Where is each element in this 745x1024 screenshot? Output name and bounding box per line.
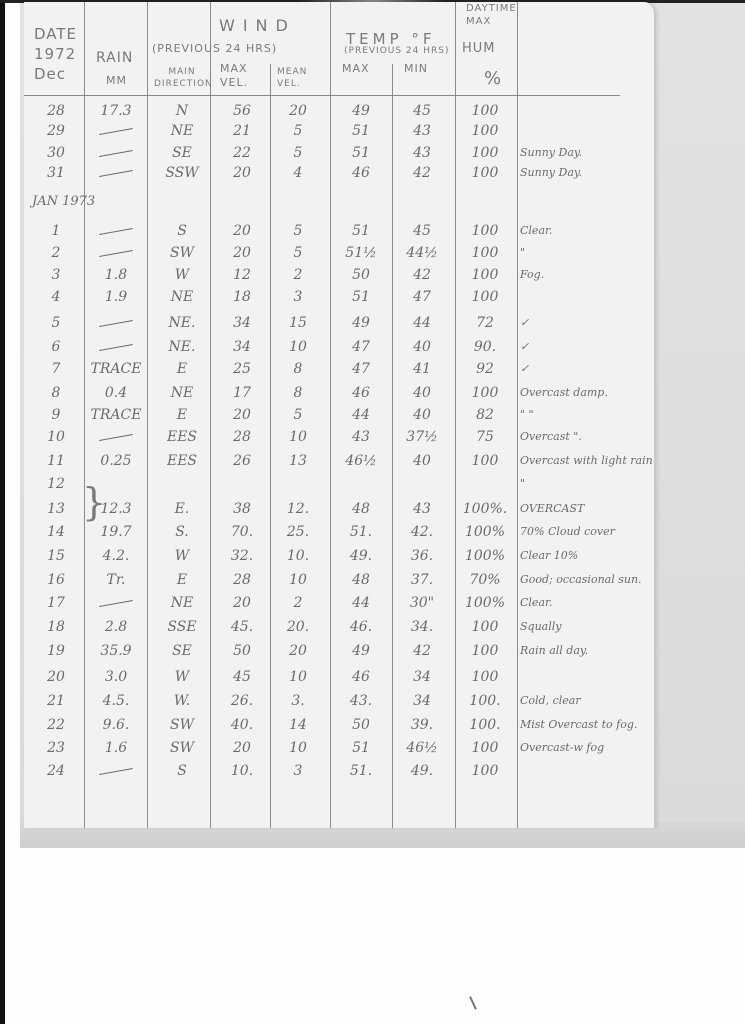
- cell-remarks: ✓: [520, 358, 650, 380]
- cell-max-vel: 26: [214, 450, 270, 472]
- cell-mean-vel: 13: [272, 450, 324, 472]
- header-wind-max-vel: MAX VEL.: [220, 62, 248, 90]
- cell-hum: 100: [456, 120, 514, 142]
- cell-tmax: 49: [332, 640, 390, 662]
- cell-tmin: 43: [392, 120, 452, 142]
- cell-date: 23: [36, 737, 76, 759]
- cell-remarks: Rain all day.: [520, 640, 650, 662]
- scan-border-left: [0, 0, 5, 1024]
- cell-max-vel: 45: [214, 666, 270, 688]
- cell-dir: NE: [152, 382, 212, 404]
- cell-tmin: 30": [392, 592, 452, 614]
- cell-remarks: 70% Cloud cover: [520, 521, 650, 543]
- section-label-jan-1973: JAN 1973: [32, 194, 95, 209]
- cell-dir: W: [152, 666, 212, 688]
- cell-tmin: 42.: [392, 521, 452, 543]
- cell-max-vel: 70.: [214, 521, 270, 543]
- cell-max-vel: 50: [214, 640, 270, 662]
- table-row: 12": [24, 473, 654, 495]
- cell-date: 24: [36, 760, 76, 782]
- cell-hum: 82: [456, 404, 514, 426]
- cell-remarks: Mist Overcast to fog.: [520, 714, 650, 736]
- cell-date: 15: [36, 545, 76, 567]
- cell-hum: 100: [456, 286, 514, 308]
- table-row: 31SSW2044642100Sunny Day.: [24, 162, 654, 184]
- cell-rain: 4.5.: [88, 690, 144, 712]
- cell-mean-vel: 5: [272, 142, 324, 164]
- header-rule: [24, 95, 620, 96]
- cell-dir: NE: [152, 120, 212, 142]
- cell-date: 17: [36, 592, 76, 614]
- cell-rain: [88, 120, 144, 142]
- cell-remarks: Clear 10%: [520, 545, 650, 567]
- cell-rain: 19.7: [88, 521, 144, 543]
- cell-remarks: ": [520, 242, 650, 264]
- cell-remarks: Sunny Day.: [520, 162, 650, 184]
- cell-remarks: ": [520, 473, 650, 495]
- cell-mean-vel: 3: [272, 286, 324, 308]
- table-row: 2SW20551½44½100": [24, 242, 654, 264]
- cell-dir: N: [152, 100, 212, 122]
- cell-rain: [88, 426, 144, 448]
- cell-hum: 75: [456, 426, 514, 448]
- cell-hum: 92: [456, 358, 514, 380]
- cell-dir: NE.: [152, 312, 212, 334]
- cell-tmax: 47: [332, 358, 390, 380]
- cell-max-vel: 32.: [214, 545, 270, 567]
- cell-dir: SW: [152, 242, 212, 264]
- header-rain-unit: MM: [106, 74, 127, 87]
- cell-tmax: 49.: [332, 545, 390, 567]
- cell-remarks: Overcast ".: [520, 426, 650, 448]
- cell-remarks: " ": [520, 404, 650, 426]
- cell-date: 31: [36, 162, 76, 184]
- cell-dir: E: [152, 569, 212, 591]
- cell-max-vel: 10.: [214, 760, 270, 782]
- cell-mean-vel: 3.: [272, 690, 324, 712]
- cell-tmax: 51: [332, 220, 390, 242]
- cell-tmax: 47: [332, 336, 390, 358]
- cell-max-vel: 40.: [214, 714, 270, 736]
- header-temp-period: (PREVIOUS 24 HRS): [344, 46, 450, 56]
- cell-tmin: 37½: [392, 426, 452, 448]
- cell-tmin: 46½: [392, 737, 452, 759]
- cell-mean-vel: 10: [272, 737, 324, 759]
- cell-tmin: 43: [392, 142, 452, 164]
- cell-tmax: 49: [332, 312, 390, 334]
- table-row: 229.6.SW40.145039.100.Mist Overcast to f…: [24, 714, 654, 736]
- header-wind-mean-vel: MEAN VEL.: [277, 66, 307, 90]
- cell-remarks: ✓: [520, 336, 650, 358]
- cell-mean-vel: 10: [272, 426, 324, 448]
- cell-tmax: 51: [332, 142, 390, 164]
- cell-dir: EES: [152, 450, 212, 472]
- cell-tmin: 40: [392, 404, 452, 426]
- cell-tmin: 34.: [392, 616, 452, 638]
- cell-tmax: 48: [332, 569, 390, 591]
- cell-rain: [88, 336, 144, 358]
- cell-max-vel: 21: [214, 120, 270, 142]
- cell-dir: SE: [152, 142, 212, 164]
- cell-hum: 70%: [456, 569, 514, 591]
- cell-hum: 100%: [456, 521, 514, 543]
- cell-mean-vel: 2: [272, 592, 324, 614]
- cell-mean-vel: 20.: [272, 616, 324, 638]
- cell-dir: NE: [152, 592, 212, 614]
- cell-mean-vel: 20: [272, 640, 324, 662]
- cell-remarks: Overcast-w fog: [520, 737, 650, 759]
- table-row: 16Tr.E28104837.70%Good; occasional sun.: [24, 569, 654, 591]
- cell-tmin: 49.: [392, 760, 452, 782]
- cell-remarks: Cold, clear: [520, 690, 650, 712]
- table-row: 154.2.W32.10.49.36.100%Clear 10%: [24, 545, 654, 567]
- cell-max-vel: 20: [214, 737, 270, 759]
- cell-tmax: 50: [332, 714, 390, 736]
- cell-tmin: 40: [392, 450, 452, 472]
- cell-date: 10: [36, 426, 76, 448]
- cell-date: 2: [36, 242, 76, 264]
- cell-mean-vel: 5: [272, 120, 324, 142]
- cell-tmax: 51.: [332, 521, 390, 543]
- cell-max-vel: 38: [214, 498, 270, 520]
- cell-mean-vel: 10: [272, 569, 324, 591]
- cell-tmin: 40: [392, 382, 452, 404]
- cell-max-vel: 26.: [214, 690, 270, 712]
- cell-max-vel: 12: [214, 264, 270, 286]
- cell-dir: E.: [152, 498, 212, 520]
- cell-hum: 100: [456, 382, 514, 404]
- cell-max-vel: 18: [214, 286, 270, 308]
- cell-tmax: 51: [332, 737, 390, 759]
- header-date: DATE 1972 Dec: [34, 24, 77, 84]
- cell-hum: 100: [456, 220, 514, 242]
- cell-hum: 100.: [456, 714, 514, 736]
- cell-tmax: 51: [332, 286, 390, 308]
- cell-rain: [88, 220, 144, 242]
- cell-date: 20: [36, 666, 76, 688]
- cell-max-vel: 28: [214, 569, 270, 591]
- cell-remarks: Fog.: [520, 264, 650, 286]
- cell-date: 1: [36, 220, 76, 242]
- cell-tmax: 43.: [332, 690, 390, 712]
- cell-hum: 100: [456, 450, 514, 472]
- nil-dash: [99, 150, 133, 157]
- cell-date: 22: [36, 714, 76, 736]
- cell-remarks: Clear.: [520, 220, 650, 242]
- table-row: 30SE2255143100Sunny Day.: [24, 142, 654, 164]
- cell-mean-vel: 8: [272, 382, 324, 404]
- cell-hum: 100%.: [456, 498, 514, 520]
- cell-date: 5: [36, 312, 76, 334]
- header-humidity: DAYTIME MAX HUM: [466, 2, 517, 55]
- cell-rain: TRACE: [88, 358, 144, 380]
- table-row: 7TRACEE258474192✓: [24, 358, 654, 380]
- cell-max-vel: 45.: [214, 616, 270, 638]
- cell-remarks: Clear.: [520, 592, 650, 614]
- cell-hum: 100: [456, 640, 514, 662]
- cell-max-vel: 28: [214, 426, 270, 448]
- cell-max-vel: 56: [214, 100, 270, 122]
- cell-tmax: 46: [332, 382, 390, 404]
- cell-mean-vel: 5: [272, 242, 324, 264]
- table-row: 24S10.351.49.100: [24, 760, 654, 782]
- cell-tmax: 43: [332, 426, 390, 448]
- cell-date: 7: [36, 358, 76, 380]
- cell-rain: [88, 760, 144, 782]
- cell-dir: SE: [152, 640, 212, 662]
- cell-tmin: 42: [392, 162, 452, 184]
- cell-mean-vel: 8: [272, 358, 324, 380]
- cell-dir: S.: [152, 521, 212, 543]
- cell-dir: S: [152, 760, 212, 782]
- cell-mean-vel: 25.: [272, 521, 324, 543]
- cell-date: 13: [36, 498, 76, 520]
- table-row: 6NE.3410474090.✓: [24, 336, 654, 358]
- cell-remarks: Overcast damp.: [520, 382, 650, 404]
- cell-date: 8: [36, 382, 76, 404]
- table-row: 214.5.W.26.3.43.34100.Cold, clear: [24, 690, 654, 712]
- cell-dir: W: [152, 545, 212, 567]
- cell-date: 21: [36, 690, 76, 712]
- cell-rain: [88, 142, 144, 164]
- header-wind: WIND: [219, 16, 296, 35]
- table-row: 1935.9SE50204942100Rain all day.: [24, 640, 654, 662]
- cell-mean-vel: 15: [272, 312, 324, 334]
- cell-tmin: 44½: [392, 242, 452, 264]
- cell-tmax: 46.: [332, 616, 390, 638]
- cell-rain: 17.3: [88, 100, 144, 122]
- cell-hum: 100: [456, 760, 514, 782]
- cell-tmin: 37.: [392, 569, 452, 591]
- cell-date: 4: [36, 286, 76, 308]
- cell-max-vel: 20: [214, 162, 270, 184]
- cell-dir: EES: [152, 426, 212, 448]
- cell-rain: [88, 242, 144, 264]
- cell-rain: 12.3: [88, 498, 144, 520]
- cell-tmin: 36.: [392, 545, 452, 567]
- cell-max-vel: 20: [214, 404, 270, 426]
- header-wind-period: (PREVIOUS 24 HRS): [152, 42, 277, 55]
- cell-tmin: 42: [392, 640, 452, 662]
- cell-rain: 0.25: [88, 450, 144, 472]
- nil-dash: [99, 320, 133, 327]
- table-row: 1S2055145100Clear.: [24, 220, 654, 242]
- cell-max-vel: 22: [214, 142, 270, 164]
- cell-date: 3: [36, 264, 76, 286]
- cell-dir: W.: [152, 690, 212, 712]
- cell-tmax: 46: [332, 162, 390, 184]
- cell-mean-vel: 3: [272, 760, 324, 782]
- cell-rain: 1.9: [88, 286, 144, 308]
- nil-dash: [99, 434, 133, 441]
- cell-dir: SW: [152, 714, 212, 736]
- cell-hum: 72: [456, 312, 514, 334]
- table-row: 41.9NE1835147100: [24, 286, 654, 308]
- nil-dash: [99, 344, 133, 351]
- cell-dir: SSW: [152, 162, 212, 184]
- cell-dir: S: [152, 220, 212, 242]
- header-temp-max: MAX: [342, 62, 370, 75]
- cell-remarks: ✓: [520, 312, 650, 334]
- table-row: 203.0W45104634100: [24, 666, 654, 688]
- cell-date: 6: [36, 336, 76, 358]
- cell-tmin: 44: [392, 312, 452, 334]
- cell-hum: 100: [456, 162, 514, 184]
- table-row: 231.6SW20105146½100Overcast-w fog: [24, 737, 654, 759]
- nil-dash: [99, 250, 133, 257]
- cell-hum: 100: [456, 616, 514, 638]
- cell-max-vel: 20: [214, 592, 270, 614]
- table-row: 1312.3E.3812.4843100%.OVERCAST: [24, 498, 654, 520]
- cell-tmin: 43: [392, 498, 452, 520]
- nil-dash: [99, 768, 133, 775]
- cell-dir: E: [152, 404, 212, 426]
- header-temp-min: MIN: [404, 62, 428, 75]
- cell-hum: 100: [456, 737, 514, 759]
- cell-tmin: 47: [392, 286, 452, 308]
- cell-tmin: 40: [392, 336, 452, 358]
- cell-max-vel: 25: [214, 358, 270, 380]
- cell-rain: 3.0: [88, 666, 144, 688]
- cell-rain: Tr.: [88, 569, 144, 591]
- cell-tmin: 34: [392, 666, 452, 688]
- table-row: 29NE2155143100: [24, 120, 654, 142]
- cell-tmax: 44: [332, 592, 390, 614]
- cell-tmin: 39.: [392, 714, 452, 736]
- cell-rain: 1.6: [88, 737, 144, 759]
- cell-rain: 35.9: [88, 640, 144, 662]
- cell-tmin: 45: [392, 100, 452, 122]
- cell-rain: 0.4: [88, 382, 144, 404]
- cell-rain: 1.8: [88, 264, 144, 286]
- cell-date: 29: [36, 120, 76, 142]
- cell-tmax: 50: [332, 264, 390, 286]
- cell-hum: 100: [456, 100, 514, 122]
- header-rain: RAIN: [96, 50, 133, 66]
- cell-max-vel: 34: [214, 312, 270, 334]
- cell-remarks: OVERCAST: [520, 498, 650, 520]
- cell-date: 9: [36, 404, 76, 426]
- cell-hum: 100: [456, 666, 514, 688]
- cell-rain: [88, 592, 144, 614]
- cell-tmax: 46: [332, 666, 390, 688]
- cell-tmax: 46½: [332, 450, 390, 472]
- cell-mean-vel: 10: [272, 336, 324, 358]
- cell-date: 11: [36, 450, 76, 472]
- cell-mean-vel: 5: [272, 220, 324, 242]
- cell-remarks: Squally: [520, 616, 650, 638]
- cell-tmax: 48: [332, 498, 390, 520]
- cell-rain: 9.6.: [88, 714, 144, 736]
- cell-hum: 100%: [456, 545, 514, 567]
- nil-dash: [99, 170, 133, 177]
- cell-dir: NE.: [152, 336, 212, 358]
- cell-tmax: 49: [332, 100, 390, 122]
- cell-dir: NE: [152, 286, 212, 308]
- cell-rain: [88, 312, 144, 334]
- table-row: 31.8W1225042100Fog.: [24, 264, 654, 286]
- cell-rain: 4.2.: [88, 545, 144, 567]
- cell-tmax: 44: [332, 404, 390, 426]
- cell-hum: 100: [456, 142, 514, 164]
- table-row: 9TRACEE205444082" ": [24, 404, 654, 426]
- cell-remarks: Sunny Day.: [520, 142, 650, 164]
- table-row: 1419.7S.70.25.51.42.100%70% Cloud cover: [24, 521, 654, 543]
- cell-max-vel: 17: [214, 382, 270, 404]
- table-row: 2817.3N56204945100: [24, 100, 654, 122]
- table-row: 80.4NE1784640100Overcast damp.: [24, 382, 654, 404]
- cell-tmin: 34: [392, 690, 452, 712]
- cell-max-vel: 20: [214, 220, 270, 242]
- cell-rain: [88, 162, 144, 184]
- cell-mean-vel: 14: [272, 714, 324, 736]
- nil-dash: [99, 128, 133, 135]
- cell-hum: 90.: [456, 336, 514, 358]
- cell-tmax: 51½: [332, 242, 390, 264]
- cell-dir: SSE: [152, 616, 212, 638]
- scan-speck: [469, 996, 477, 1010]
- cell-remarks: Overcast with light rain: [520, 450, 650, 472]
- cell-mean-vel: 10.: [272, 545, 324, 567]
- cell-tmin: 45: [392, 220, 452, 242]
- cell-hum: 100%: [456, 592, 514, 614]
- cell-rain: TRACE: [88, 404, 144, 426]
- cell-hum: 100.: [456, 690, 514, 712]
- cell-date: 16: [36, 569, 76, 591]
- table-row: 110.25EES261346½40100Overcast with light…: [24, 450, 654, 472]
- cell-tmin: 41: [392, 358, 452, 380]
- nil-dash: [99, 600, 133, 607]
- cell-tmax: 51.: [332, 760, 390, 782]
- cell-rain: 2.8: [88, 616, 144, 638]
- cell-hum: 100: [456, 264, 514, 286]
- cell-mean-vel: 5: [272, 404, 324, 426]
- cell-mean-vel: 12.: [272, 498, 324, 520]
- cell-tmin: 42: [392, 264, 452, 286]
- cell-date: 18: [36, 616, 76, 638]
- cell-date: 30: [36, 142, 76, 164]
- weather-log-sheet: DATE 1972 Dec RAIN MM WIND (PREVIOUS 24 …: [24, 2, 656, 828]
- cell-mean-vel: 2: [272, 264, 324, 286]
- table-row: 17NE2024430"100%Clear.: [24, 592, 654, 614]
- cell-tmax: 51: [332, 120, 390, 142]
- cell-dir: E: [152, 358, 212, 380]
- cell-remarks: Good; occasional sun.: [520, 569, 650, 591]
- cell-max-vel: 20: [214, 242, 270, 264]
- cell-mean-vel: 20: [272, 100, 324, 122]
- table-row: 182.8SSE45.20.46.34.100Squally: [24, 616, 654, 638]
- cell-date: 28: [36, 100, 76, 122]
- header-humidity-unit: %: [484, 68, 502, 89]
- header-wind-direction: MAIN DIRECTION: [154, 66, 210, 90]
- nil-dash: [99, 228, 133, 235]
- cell-date: 12: [36, 473, 76, 495]
- table-row: 5NE.3415494472✓: [24, 312, 654, 334]
- cell-mean-vel: 10: [272, 666, 324, 688]
- cell-date: 14: [36, 521, 76, 543]
- cell-date: 19: [36, 640, 76, 662]
- table-row: 10EES28104337½75Overcast ".: [24, 426, 654, 448]
- cell-hum: 100: [456, 242, 514, 264]
- cell-mean-vel: 4: [272, 162, 324, 184]
- cell-max-vel: 34: [214, 336, 270, 358]
- cell-dir: SW: [152, 737, 212, 759]
- cell-dir: W: [152, 264, 212, 286]
